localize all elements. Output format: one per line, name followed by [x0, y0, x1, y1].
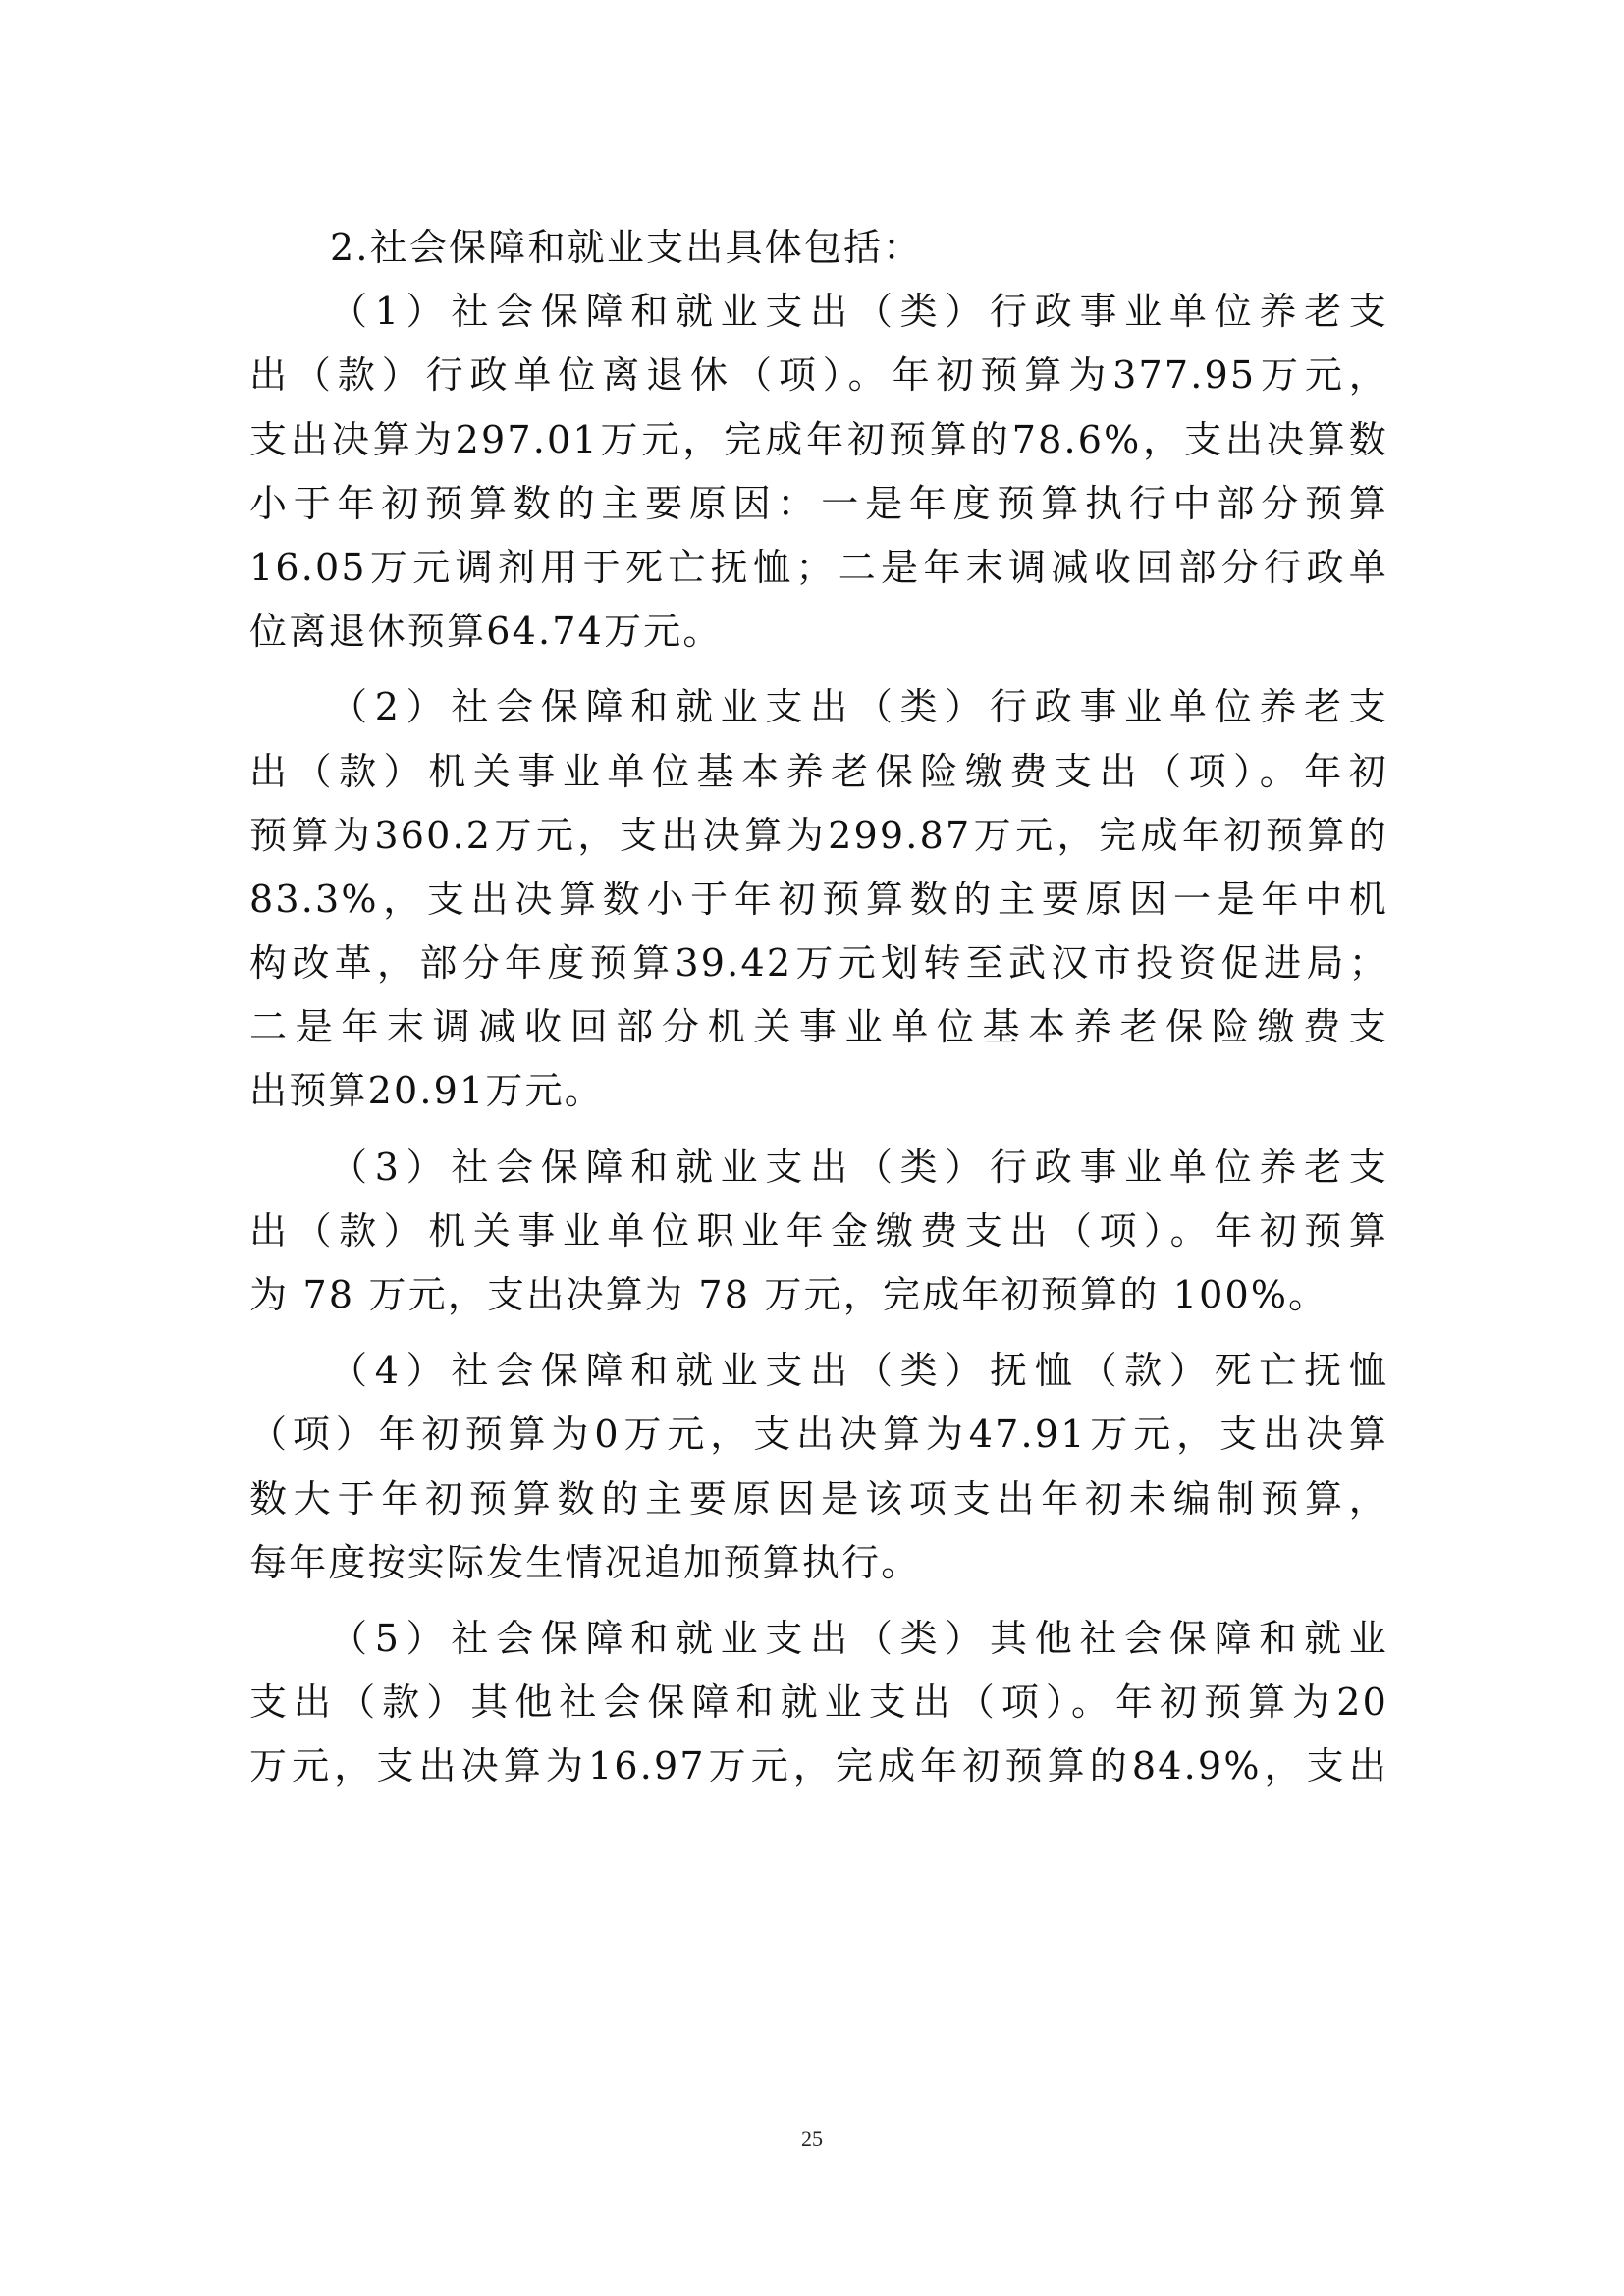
paragraph-line: 预算为360.2万元，支出决算为299.87万元，完成年初预算的 [249, 804, 1388, 868]
paragraph-line: 83.3%，支出决算数小于年初预算数的主要原因一是年中机 [249, 868, 1388, 932]
document-page: 2.社会保障和就业支出具体包括： （1）社会保障和就业支出（类）行政事业单位养老… [0, 0, 1624, 2296]
paragraph-item-4: （4）社会保障和就业支出（类）抚恤（款）死亡抚恤 （项）年初预算为0万元，支出决… [249, 1339, 1388, 1595]
paragraph-gap [249, 1124, 1388, 1136]
paragraph-line: 出预算20.91万元。 [249, 1059, 1388, 1123]
paragraph-gap [249, 1327, 1388, 1339]
paragraph-line: 每年度按实际发生情况追加预算执行。 [249, 1531, 1388, 1595]
paragraph-item-1: （1）社会保障和就业支出（类）行政事业单位养老支 出（款）行政单位离退休（项）。… [249, 280, 1388, 664]
paragraph-item-3: （3）社会保障和就业支出（类）行政事业单位养老支 出（款）机关事业单位职业年金缴… [249, 1136, 1388, 1328]
paragraph-line: 支出（款）其他社会保障和就业支出（项）。年初预算为20 [249, 1671, 1388, 1735]
paragraph-line: 万元，支出决算为16.97万元，完成年初预算的84.9%，支出 [249, 1735, 1388, 1798]
paragraph-line: 小于年初预算数的主要原因：一是年度预算执行中部分预算 [249, 472, 1388, 536]
paragraph-line: （项）年初预算为0万元，支出决算为47.91万元，支出决算 [249, 1403, 1388, 1467]
paragraph-line: 出（款）行政单位离退休（项）。年初预算为377.95万元， [249, 344, 1388, 407]
paragraph-line: （3）社会保障和就业支出（类）行政事业单位养老支 [249, 1136, 1388, 1200]
section-heading: 2.社会保障和就业支出具体包括： [249, 216, 1388, 280]
paragraph-line: 出（款）机关事业单位基本养老保险缴费支出（项）。年初 [249, 740, 1388, 804]
paragraph-line: 出（款）机关事业单位职业年金缴费支出（项）。年初预算 [249, 1200, 1388, 1263]
page-number: 25 [0, 2126, 1624, 2152]
paragraph-line: （2）社会保障和就业支出（类）行政事业单位养老支 [249, 675, 1388, 739]
paragraph-line: 支出决算为297.01万元，完成年初预算的78.6%，支出决算数 [249, 408, 1388, 472]
paragraph-line: 为 78 万元，支出决算为 78 万元，完成年初预算的 100%。 [249, 1263, 1388, 1327]
paragraph-line: 数大于年初预算数的主要原因是该项支出年初未编制预算， [249, 1468, 1388, 1531]
paragraph-line: （5）社会保障和就业支出（类）其他社会保障和就业 [249, 1607, 1388, 1671]
paragraph-line: （1）社会保障和就业支出（类）行政事业单位养老支 [249, 280, 1388, 344]
paragraph-line: 位离退休预算64.74万元。 [249, 600, 1388, 664]
paragraph-gap [249, 1595, 1388, 1607]
paragraph-line: 16.05万元调剂用于死亡抚恤；二是年末调减收回部分行政单 [249, 536, 1388, 600]
paragraph-line: （4）社会保障和就业支出（类）抚恤（款）死亡抚恤 [249, 1339, 1388, 1403]
paragraph-gap [249, 664, 1388, 675]
paragraph-item-2: （2）社会保障和就业支出（类）行政事业单位养老支 出（款）机关事业单位基本养老保… [249, 675, 1388, 1123]
paragraph-line: 二是年末调减收回部分机关事业单位基本养老保险缴费支 [249, 995, 1388, 1059]
paragraph-line: 构改革，部分年度预算39.42万元划转至武汉市投资促进局； [249, 932, 1388, 995]
paragraph-item-5: （5）社会保障和就业支出（类）其他社会保障和就业 支出（款）其他社会保障和就业支… [249, 1607, 1388, 1799]
document-body: 2.社会保障和就业支出具体包括： （1）社会保障和就业支出（类）行政事业单位养老… [249, 216, 1388, 1799]
